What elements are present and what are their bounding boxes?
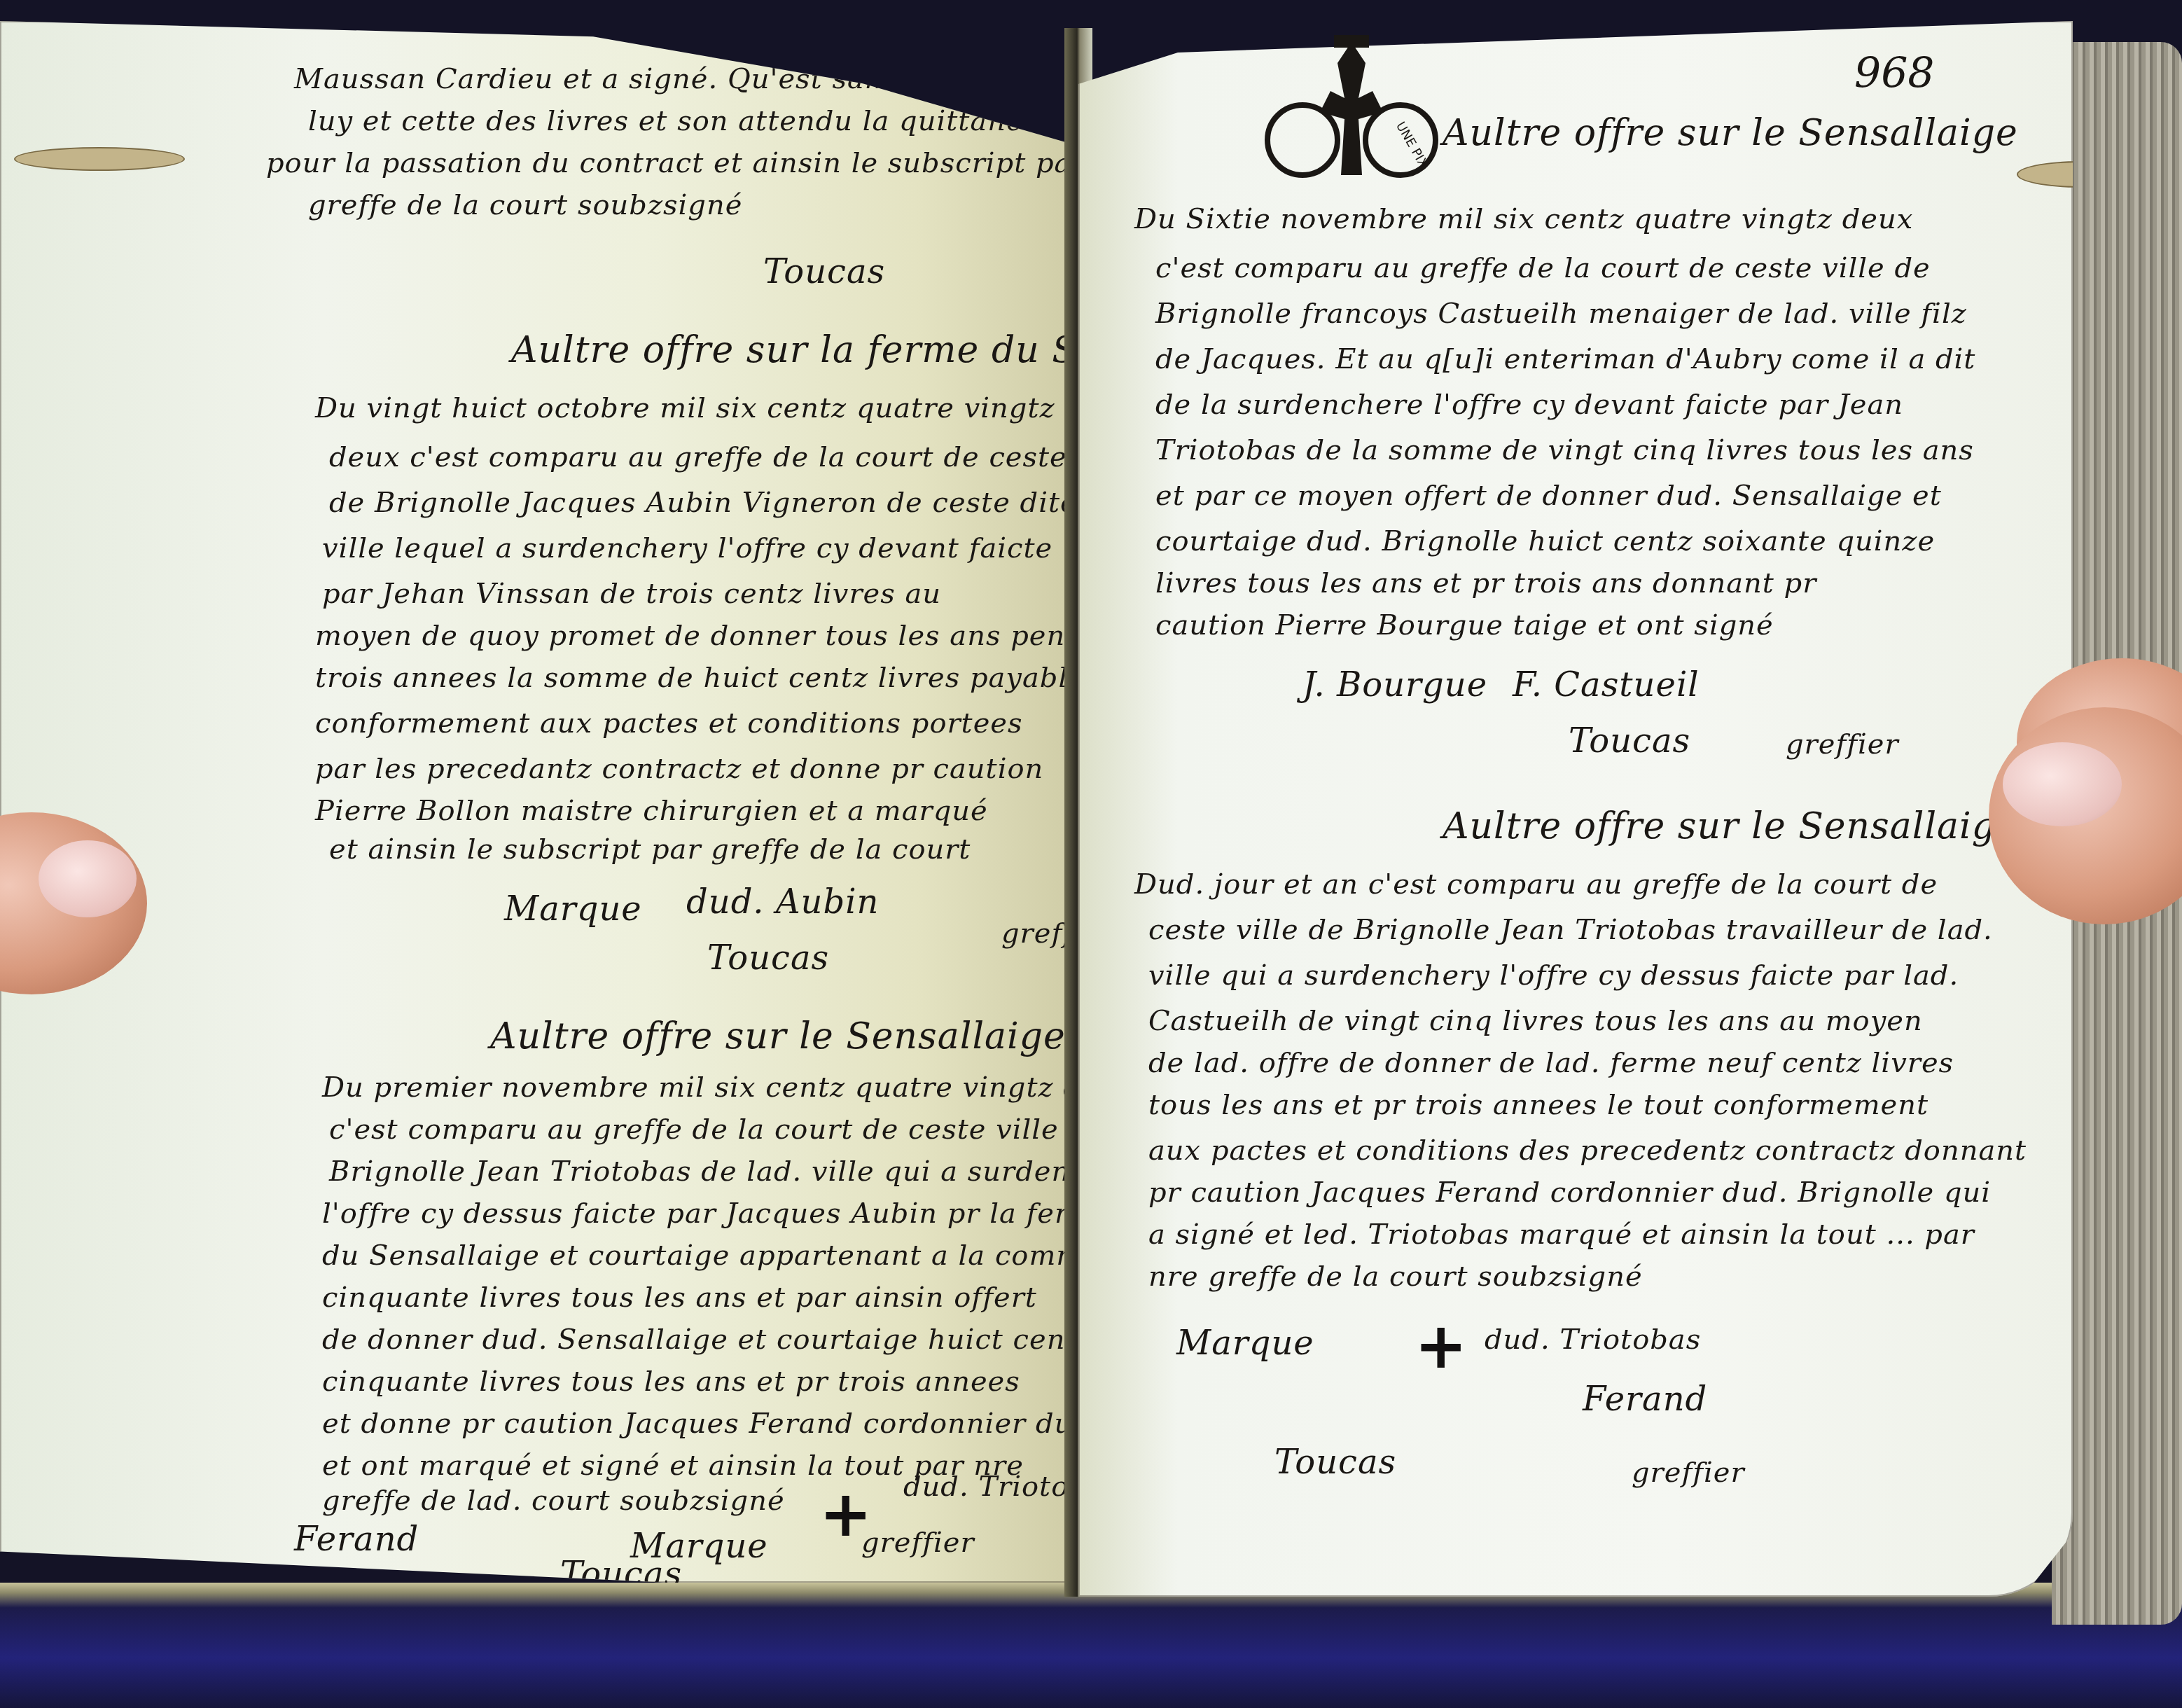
text-line: trois annees la somme de huict centz liv… [315, 662, 1078, 694]
entry-heading: Aultre offre sur le Sensallaige [1443, 805, 2018, 847]
signature: greffier [1632, 1457, 1745, 1489]
text-line: deux c'est comparu au greffe de la court… [329, 441, 1078, 473]
text-line: ceste ville de Brignolle Jean Triotobas … [1148, 914, 1993, 946]
text-line: Brignolle Jean Triotobas de lad. ville q… [329, 1155, 1078, 1188]
signature: greffier [1786, 728, 1899, 761]
signature: F. Castueil [1513, 665, 1700, 704]
text-line: pour la passation du contract et ainsin … [266, 147, 1078, 179]
text-line: de lad. offre de donner de lad. ferme ne… [1148, 1047, 1954, 1079]
text-line: a signé et led. Triotobas marqué et ains… [1148, 1218, 1975, 1251]
signature: Ferand [1583, 1380, 1707, 1419]
page-tear [14, 147, 185, 171]
cross-mark: + [1415, 1310, 1467, 1383]
signature: greffier [861, 1527, 975, 1559]
table-surface [0, 1583, 2182, 1708]
text-line: Triotobas de la somme de vingt cinq livr… [1155, 434, 1974, 466]
text-line: tous les ans et pr trois annees le tout … [1148, 1089, 1929, 1121]
entry-heading: Aultre offre sur la ferme du Sensallaige [511, 329, 1078, 371]
svg-text:UNE PIX: UNE PIX [1393, 119, 1431, 170]
text-line: greffe de lad. court soubzsigné [322, 1485, 785, 1517]
entry-heading: Aultre offre sur le Sensallaige [490, 1015, 1066, 1057]
text-line: luy et cette des livres et son attendu l… [308, 105, 1040, 137]
text-line: Du premier novembre mil six centz quatre… [322, 1071, 1078, 1104]
text-line: c'est comparu au greffe de la court de c… [1155, 252, 1931, 284]
text-line: cinquante livres tous les ans et pr troi… [322, 1366, 1020, 1398]
text-line: et par ce moyen offert de donner dud. Se… [1155, 480, 1942, 512]
folio-number: 968 [1854, 49, 1935, 98]
signature: Toucas [1569, 721, 1690, 761]
text-line: Du Sixtie novembre mil six centz quatre … [1134, 203, 1913, 235]
text-line: ville lequel a surdenchery l'offre cy de… [322, 532, 1052, 564]
left-thumbnail [39, 840, 137, 917]
signature: Marque [1176, 1324, 1314, 1363]
signature: dud. Aubin [686, 882, 879, 922]
text-line: pr caution Jacques Ferand cordonnier dud… [1148, 1176, 1991, 1209]
text-line: Castueilh de vingt cinq livres tous les … [1148, 1005, 1923, 1037]
text-line: c'est comparu au greffe de la court de c… [329, 1113, 1078, 1146]
signature: J. Bourgue [1302, 665, 1487, 704]
text-line: Brignolle francoys Castueilh menaiger de… [1155, 298, 1967, 330]
signature: Toucas [763, 252, 885, 291]
text-line: courtaige dud. Brignolle huict centz soi… [1155, 525, 1935, 557]
text-line: Dud. jour et an c'est comparu au greffe … [1134, 868, 1938, 901]
text-line: Du vingt huict octobre mil six centz qua… [315, 392, 1055, 424]
entry-heading: Aultre offre sur le Sensallaige [1443, 112, 2018, 154]
text-line: moyen de quoy promet de donner tous les … [315, 620, 1078, 652]
signature: Toucas [707, 938, 829, 978]
text-line: conformement aux pactes et conditions po… [315, 707, 1023, 740]
text-line: l'offre cy dessus faicte par Jacques Aub… [322, 1197, 1078, 1230]
text-line: caution Pierre Bourgue taige et ont sign… [1155, 609, 1774, 641]
signature: Marque [504, 889, 642, 929]
text-line: aux pactes et conditions des precedentz … [1148, 1134, 2027, 1167]
signature: dud. Triotobas [1485, 1324, 1701, 1356]
signature: dud. Triotobas [903, 1471, 1078, 1503]
text-line: nre greffe de la court soubzsigné [1148, 1261, 1643, 1293]
text-line: par les precedantz contractz et donne pr… [315, 753, 1043, 785]
text-line: par Jehan Vinssan de trois centz livres … [322, 578, 941, 610]
text-line: de donner dud. Sensallaige et courtaige … [322, 1324, 1078, 1356]
text-line: de Jacques. Et au q[u]i enteriman d'Aubr… [1155, 343, 1975, 375]
text-line: greffe de la court soubzsigné [308, 189, 742, 221]
text-line: de Brignolle Jacques Aubin Vigneron de c… [329, 487, 1078, 519]
text-line: de la surdenchere l'offre cy devant faic… [1155, 389, 1903, 421]
text-line: cinquante livres tous les ans et par ain… [322, 1282, 1037, 1314]
text-line: Maussan Cardieu et a signé. Qu'est sans … [294, 63, 1021, 95]
left-page: Maussan Cardieu et a signé. Qu'est sans … [0, 21, 1078, 1583]
text-line: Pierre Bollon maistre chirurgien et a ma… [315, 795, 988, 827]
signature: Toucas [560, 1555, 682, 1583]
signature: Toucas [1274, 1443, 1396, 1482]
text-line: livres tous les ans et pr trois ans donn… [1155, 567, 1816, 599]
fleur-de-lis-stamp-icon: UNE PIX [1260, 35, 1443, 189]
signature: Ferand [294, 1520, 419, 1559]
manuscript-photo: Maussan Cardieu et a signé. Qu'est sans … [0, 0, 2182, 1708]
right-thumbnail [2003, 742, 2122, 826]
page-tear [2017, 161, 2073, 188]
right-page: Aultre offre sur le Sensallaige Du Sixti… [1078, 21, 2073, 1597]
text-line: du Sensallaige et courtaige appartenant … [322, 1240, 1078, 1272]
text-line: ville qui a surdenchery l'offre cy dessu… [1148, 959, 1959, 992]
text-line: et donne pr caution Jacques Ferand cordo… [322, 1408, 1078, 1440]
text-line: et ainsin le subscript par greffe de la … [329, 833, 971, 866]
